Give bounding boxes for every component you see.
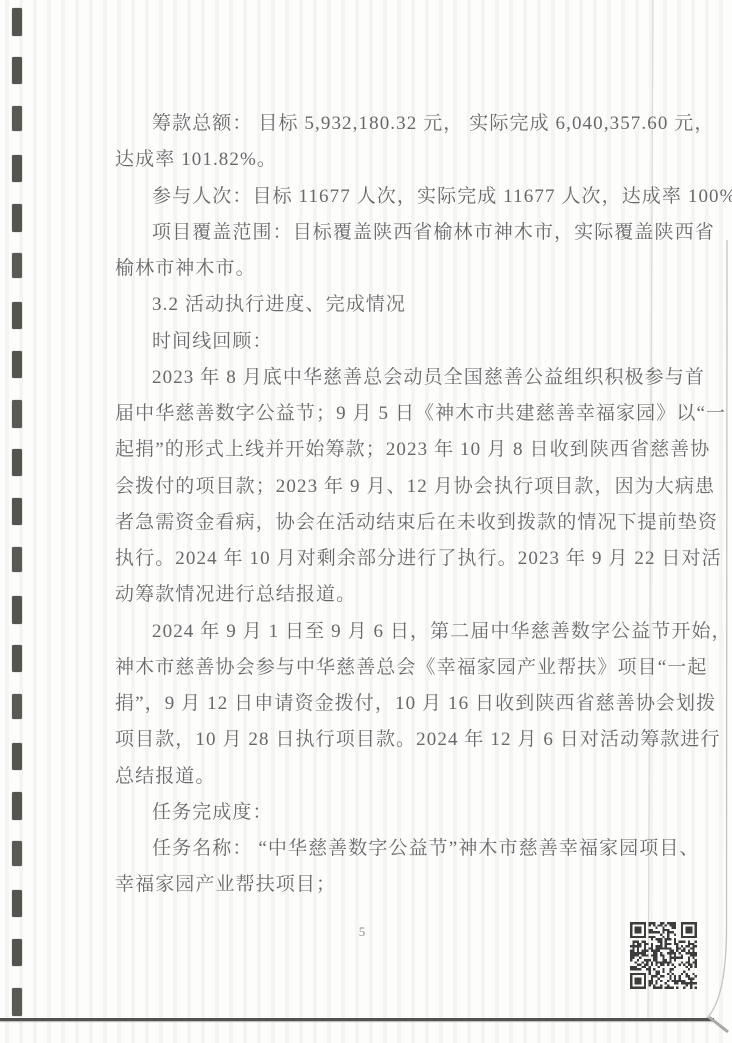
binding-hole-mark	[12, 939, 22, 966]
qr-code	[630, 922, 697, 989]
document-line: 动筹款情况进行总结报道。	[115, 577, 627, 613]
page-number: 5	[352, 924, 372, 940]
document-line: 筹款总额： 目标 5,932,180.32 元， 实际完成 6,040,357.…	[115, 106, 627, 142]
document-line: 3.2 活动执行进度、完成情况	[115, 287, 627, 323]
binding-hole-mark	[12, 743, 22, 770]
page-bottom-edge	[0, 1018, 714, 1021]
document-line: 时间线回顾：	[115, 324, 627, 360]
document-line: 项目款，10 月 28 日执行项目款。2024 年 12 月 6 日对活动筹款进…	[115, 722, 627, 758]
binding-hole-mark	[12, 694, 22, 719]
document-line: 幸福家园产业帮扶项目；	[115, 867, 627, 903]
binding-hole-mark	[12, 351, 22, 378]
document-line: 2024 年 9 月 1 日至 9 月 6 日，第二届中华慈善数字公益节开始，	[115, 614, 627, 650]
binding-hole-mark	[12, 841, 22, 866]
binding-hole-mark	[12, 302, 22, 329]
document-line: 榆林市神木市。	[115, 251, 627, 287]
binding-hole-mark	[12, 8, 22, 36]
document-line: 任务完成度：	[115, 795, 627, 831]
document-line: 届中华慈善数字公益节；9 月 5 日《神木市共建慈善幸福家园》以“一	[115, 396, 627, 432]
document-line: 者急需资金看病，协会在活动结束后在未收到拨款的情况下提前垫资	[115, 505, 627, 541]
document-line: 2023 年 8 月底中华慈善总会动员全国慈善公益组织积极参与首	[115, 360, 627, 396]
document-line: 任务名称： “中华慈善数字公益节”神木市慈善幸福家园项目、	[115, 831, 627, 867]
document-line: 神木市慈善协会参与中华慈善总会《幸福家园产业帮扶》项目“一起	[115, 650, 627, 686]
binding-hole-mark	[12, 449, 22, 476]
binding-hole-mark	[12, 988, 22, 1016]
document-line: 总结报道。	[115, 759, 627, 795]
binding-hole-mark	[12, 792, 22, 820]
document-line: 起捐”的形式上线并开始筹款；2023 年 10 月 8 日收到陕西省慈善协	[115, 432, 627, 468]
binding-hole-mark	[12, 57, 22, 84]
binding-hole-mark	[12, 890, 22, 917]
binding-hole-mark	[12, 547, 22, 572]
document-text-block: 筹款总额： 目标 5,932,180.32 元， 实际完成 6,040,357.…	[115, 106, 627, 904]
binding-hole-mark	[12, 106, 22, 131]
document-line: 项目覆盖范围：目标覆盖陕西省榆林市神木市，实际覆盖陕西省	[115, 215, 627, 251]
binding-hole-mark	[12, 253, 22, 278]
document-line: 参与人次：目标 11677 人次，实际完成 11677 人次，达成率 100%。	[115, 179, 627, 215]
binding-marks-column	[0, 0, 34, 1043]
binding-hole-mark	[12, 596, 22, 624]
binding-hole-mark	[12, 204, 22, 232]
binding-hole-mark	[12, 645, 22, 672]
binding-hole-mark	[12, 400, 22, 428]
binding-hole-mark	[12, 155, 22, 182]
binding-hole-mark	[12, 498, 22, 525]
page-corner-edge	[708, 1016, 729, 1033]
document-line: 捐”，9 月 12 日申请资金拨付，10 月 16 日收到陕西省慈善协会划拨	[115, 686, 627, 722]
document-line: 会拨付的项目款；2023 年 9 月、12 月协会执行项目款，因为大病患	[115, 469, 627, 505]
document-line: 达成率 101.82%。	[115, 142, 627, 178]
document-line: 执行。2024 年 10 月对剩余部分进行了执行。2023 年 9 月 22 日…	[115, 541, 627, 577]
